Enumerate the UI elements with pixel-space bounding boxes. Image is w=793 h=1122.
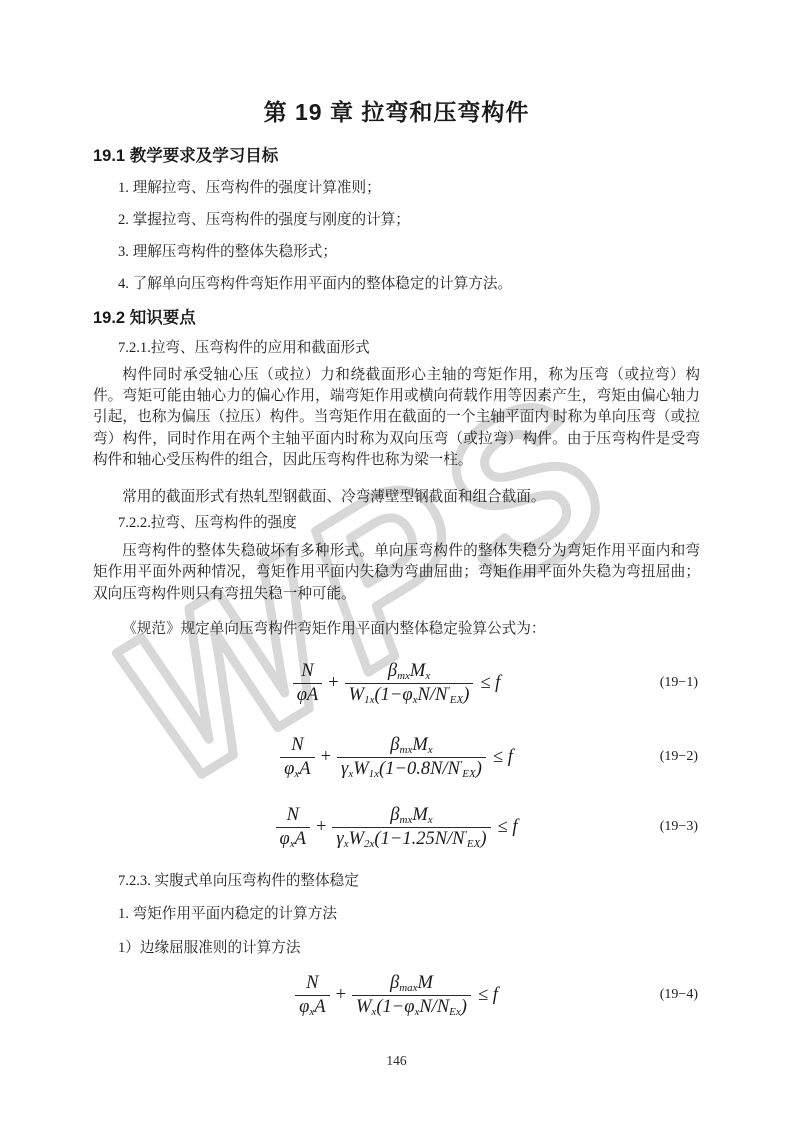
fraction-term: βmxMx γxW2x(1−1.25N/N′EX) (332, 805, 490, 850)
fraction-numerator: N (302, 973, 322, 995)
paragraph-code-intro: 《规范》规定单向压弯构件弯矩作用平面内整体稳定验算公式为： (93, 619, 700, 640)
fraction-denominator: φxA (276, 827, 310, 850)
fraction-term: N φxA (280, 735, 314, 780)
point-in-plane-stability: 1. 弯矩作用平面内稳定的计算方法 (93, 905, 700, 924)
section-heading-19-2: 19.2 知识要点 (93, 308, 700, 328)
paragraph-application: 构件同时承受轴心压（或拉）力和绕截面形心主轴的弯矩作用，称为压弯（或拉弯）构件。… (93, 365, 700, 471)
formula-19-2: N φxA + βmxMx γxW1x(1−0.8N/N′EX) ≤ f (19… (93, 728, 700, 786)
subsection-heading-7-2-3: 7.2.3. 实腹式单向压弯构件的整体稳定 (93, 872, 700, 891)
formula-19-3: N φxA + βmxMx γxW2x(1−1.25N/N′EX) ≤ f (1… (93, 798, 700, 856)
inequality-relation: ≤ f (480, 673, 500, 694)
paragraph-strength: 压弯构件的整体失稳破坏有多种形式。单向压弯构件的整体失稳分为弯矩作用平面内和弯矩… (93, 541, 700, 605)
fraction-term: N φxA (276, 805, 310, 850)
formula-19-4: N φxA + βmaxM Wx(1−φxN/NEx) ≤ f (19−4) (93, 966, 700, 1024)
page-content: 第 19 章 拉弯和压弯构件 19.1 教学要求及学习目标 1. 理解拉弯、压弯… (0, 0, 793, 1024)
paragraph-sections: 常用的截面形式有热轧型钢截面、冷弯薄壁型钢截面和组合截面。 (93, 487, 700, 508)
fraction-denominator: Wx(1−φxN/NEx) (352, 995, 471, 1018)
fraction-denominator: γxW1x(1−0.8N/N′EX) (337, 757, 486, 780)
fraction-numerator: N (283, 805, 303, 827)
fraction-term: βmaxM Wx(1−φxN/NEx) (352, 973, 471, 1018)
section-heading-19-1: 19.1 教学要求及学习目标 (93, 146, 700, 166)
point-edge-yield-criterion: 1）边缘屈服准则的计算方法 (93, 939, 700, 958)
subsection-heading-7-2-2: 7.2.2.拉弯、压弯构件的强度 (93, 514, 700, 533)
fraction-numerator: βmxMx (384, 661, 434, 683)
formula-19-3-expression: N φxA + βmxMx γxW2x(1−1.25N/N′EX) ≤ f (276, 805, 518, 850)
plus-operator: + (321, 747, 331, 768)
equation-number: (19−3) (660, 819, 698, 835)
objective-item-2: 2. 掌握拉弯、压弯构件的强度与刚度的计算； (93, 211, 700, 230)
fraction-denominator: γxW2x(1−1.25N/N′EX) (332, 827, 490, 850)
fraction-term: βmxMx γxW1x(1−0.8N/N′EX) (337, 735, 486, 780)
objective-item-1: 1. 理解拉弯、压弯构件的强度计算准则； (93, 179, 700, 198)
inequality-relation: ≤ f (478, 985, 498, 1006)
fraction-term: N φxA (295, 973, 329, 1018)
inequality-relation: ≤ f (498, 817, 518, 838)
equation-number: (19−4) (660, 987, 698, 1003)
equation-number: (19−2) (660, 749, 698, 765)
plus-operator: + (336, 985, 346, 1006)
fraction-numerator: βmxMx (386, 735, 436, 757)
fraction-denominator: W1x(1−φxN/N′EX) (345, 683, 474, 706)
fraction-numerator: N (297, 661, 317, 683)
chapter-title: 第 19 章 拉弯和压弯构件 (93, 97, 700, 127)
fraction-numerator: βmxMx (386, 805, 436, 827)
formula-19-1-expression: N φA + βmxMx W1x(1−φxN/N′EX) ≤ f (293, 661, 501, 706)
page-number: 146 (0, 1053, 793, 1069)
formula-19-1: N φA + βmxMx W1x(1−φxN/N′EX) ≤ f (19−1) (93, 654, 700, 712)
inequality-relation: ≤ f (493, 747, 513, 768)
fraction-numerator: N (287, 735, 307, 757)
subsection-heading-7-2-1: 7.2.1.拉弯、压弯构件的应用和截面形式 (93, 339, 700, 358)
fraction-denominator: φxA (295, 995, 329, 1018)
document-page: { "title": "第 19 章 拉弯和压弯构件", "sec1": { "… (0, 0, 793, 1122)
objective-item-4: 4. 了解单向压弯构件弯矩作用平面内的整体稳定的计算方法。 (93, 275, 700, 294)
plus-operator: + (328, 673, 338, 694)
formula-19-4-expression: N φxA + βmaxM Wx(1−φxN/NEx) ≤ f (295, 973, 498, 1018)
fraction-term: N φA (293, 661, 323, 706)
fraction-numerator: βmaxM (386, 973, 437, 995)
fraction-term: βmxMx W1x(1−φxN/N′EX) (345, 661, 474, 706)
formula-19-2-expression: N φxA + βmxMx γxW1x(1−0.8N/N′EX) ≤ f (280, 735, 513, 780)
equation-number: (19−1) (660, 675, 698, 691)
fraction-denominator: φxA (280, 757, 314, 780)
objective-item-3: 3. 理解压弯构件的整体失稳形式； (93, 243, 700, 262)
plus-operator: + (316, 817, 326, 838)
fraction-denominator: φA (293, 683, 323, 706)
